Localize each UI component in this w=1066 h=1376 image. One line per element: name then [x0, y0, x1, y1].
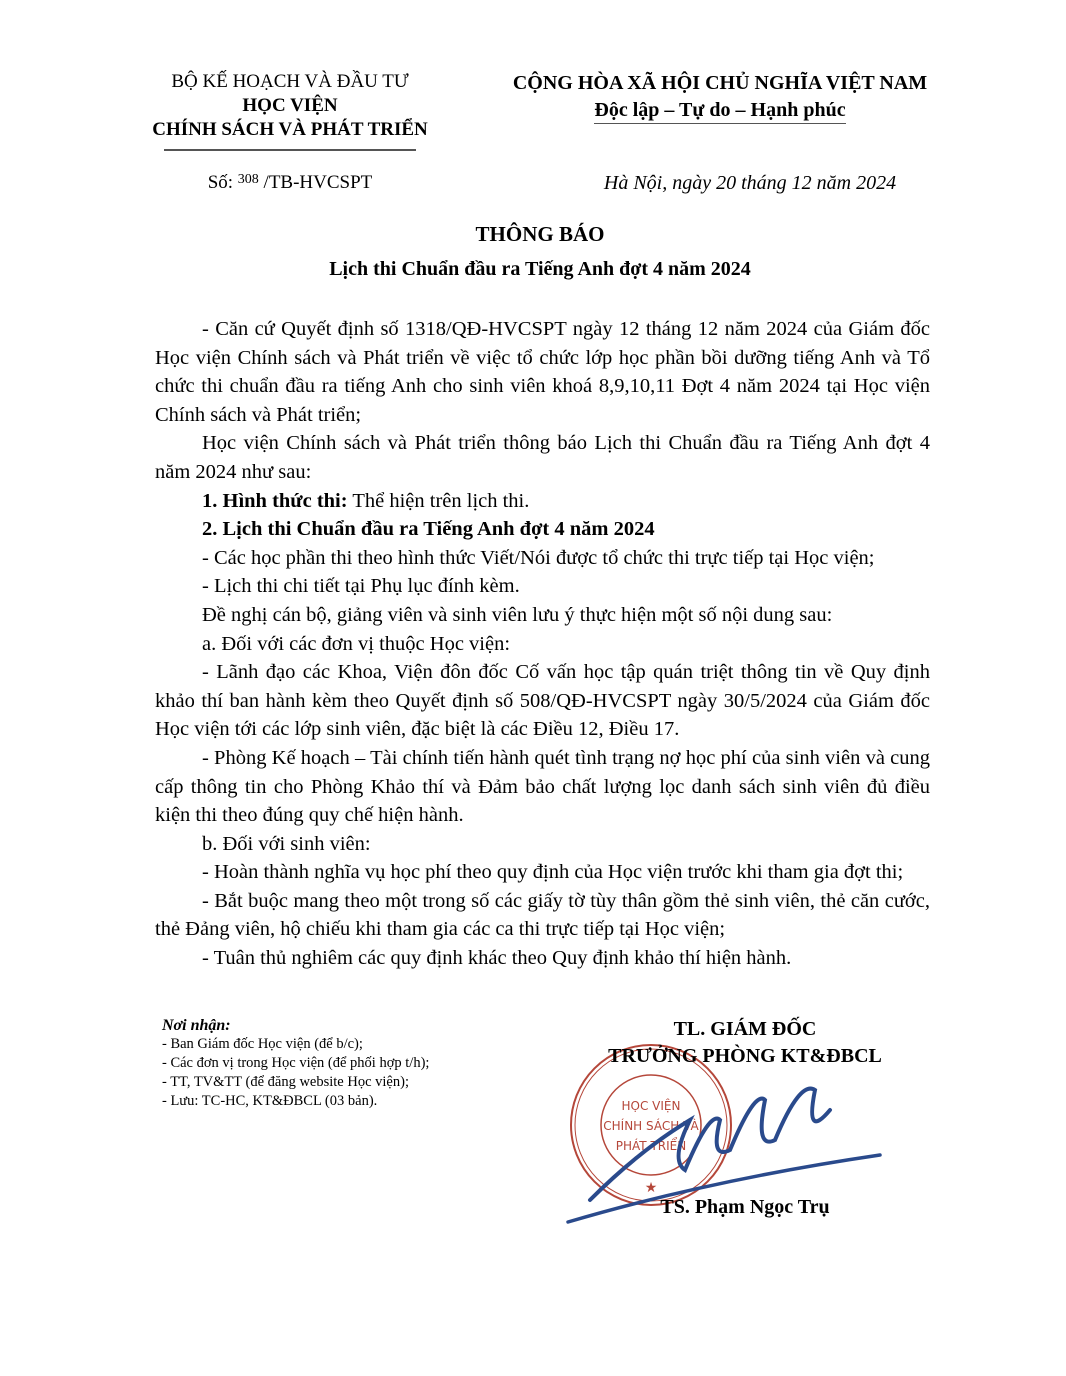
document-body: - Căn cứ Quyết định số 1318/QĐ-HVCSPT ng… [155, 315, 930, 973]
document-number: Số: 308 /TB-HVCSPT [110, 172, 470, 194]
ministry-name: BỘ KẾ HOẠCH VÀ ĐẦU TƯ [110, 70, 470, 94]
doc-number-prefix: Số: [208, 172, 238, 193]
recipient-item: - TT, TV&TT (để đăng website Học viện); [162, 1073, 542, 1092]
request-paragraph: Đề nghị cán bộ, giảng viên và sinh viên … [155, 601, 930, 630]
section-b-item: - Bắt buộc mang theo một trong số các gi… [155, 887, 930, 944]
header-divider [164, 149, 416, 151]
institution-name-line2: CHÍNH SÁCH VÀ PHÁT TRIỂN [110, 118, 470, 142]
section-1-text: Thể hiện trên lịch thi. [348, 490, 530, 512]
announcement-paragraph: Học viện Chính sách và Phát triển thông … [155, 429, 930, 486]
document-title: THÔNG BÁO [130, 222, 950, 247]
section-b-heading: b. Đối với sinh viên: [155, 830, 930, 859]
national-header: CỘNG HÒA XÃ HỘI CHỦ NGHĨA VIỆT NAM Độc l… [485, 70, 955, 124]
section-2-item: - Các học phần thi theo hình thức Viết/N… [155, 544, 930, 573]
recipients-block: Nơi nhận: - Ban Giám đốc Học viện (để b/… [162, 1016, 542, 1111]
recipient-item: - Lưu: TC-HC, KT&ĐBCL (03 bản). [162, 1092, 542, 1111]
place-date: Hà Nội, ngày 20 tháng 12 năm 2024 [530, 172, 970, 195]
recipients-label: Nơi nhận: [162, 1016, 542, 1035]
section-2-label: 2. Lịch thi Chuẩn đầu ra Tiếng Anh đợt 4… [202, 518, 655, 540]
section-b-item: - Tuân thủ nghiêm các quy định khác theo… [155, 944, 930, 973]
section-a-item: - Phòng Kế hoạch – Tài chính tiến hành q… [155, 744, 930, 830]
section-2-heading: 2. Lịch thi Chuẩn đầu ra Tiếng Anh đợt 4… [155, 515, 930, 544]
section-2-item: - Lịch thi chi tiết tại Phụ lục đính kèm… [155, 572, 930, 601]
section-1: 1. Hình thức thi: Thể hiện trên lịch thi… [155, 487, 930, 516]
country-name: CỘNG HÒA XÃ HỘI CHỦ NGHĨA VIỆT NAM [485, 70, 955, 97]
recipient-item: - Các đơn vị trong Học viện (để phối hợp… [162, 1054, 542, 1073]
legal-basis-paragraph: - Căn cứ Quyết định số 1318/QĐ-HVCSPT ng… [155, 315, 930, 429]
signature-line1: TL. GIÁM ĐỐC [560, 1016, 930, 1043]
recipient-item: - Ban Giám đốc Học viện (để b/c); [162, 1035, 542, 1054]
doc-number-value: 308 [238, 172, 259, 187]
section-b-item: - Hoàn thành nghĩa vụ học phí theo quy đ… [155, 858, 930, 887]
section-a-item: - Lãnh đạo các Khoa, Viện đôn đốc Cố vấn… [155, 658, 930, 744]
document-subtitle: Lịch thi Chuẩn đầu ra Tiếng Anh đợt 4 nă… [130, 258, 950, 281]
doc-number-suffix: /TB-HVCSPT [259, 172, 373, 193]
signer-name: TS. Phạm Ngọc Trụ [560, 1196, 930, 1219]
institution-name-line1: HỌC VIỆN [110, 94, 470, 118]
issuer-header: BỘ KẾ HOẠCH VÀ ĐẦU TƯ HỌC VIỆN CHÍNH SÁC… [110, 70, 470, 151]
national-motto: Độc lập – Tự do – Hạnh phúc [594, 98, 845, 124]
section-a-heading: a. Đối với các đơn vị thuộc Học viện: [155, 630, 930, 659]
section-1-label: 1. Hình thức thi: [202, 490, 348, 512]
